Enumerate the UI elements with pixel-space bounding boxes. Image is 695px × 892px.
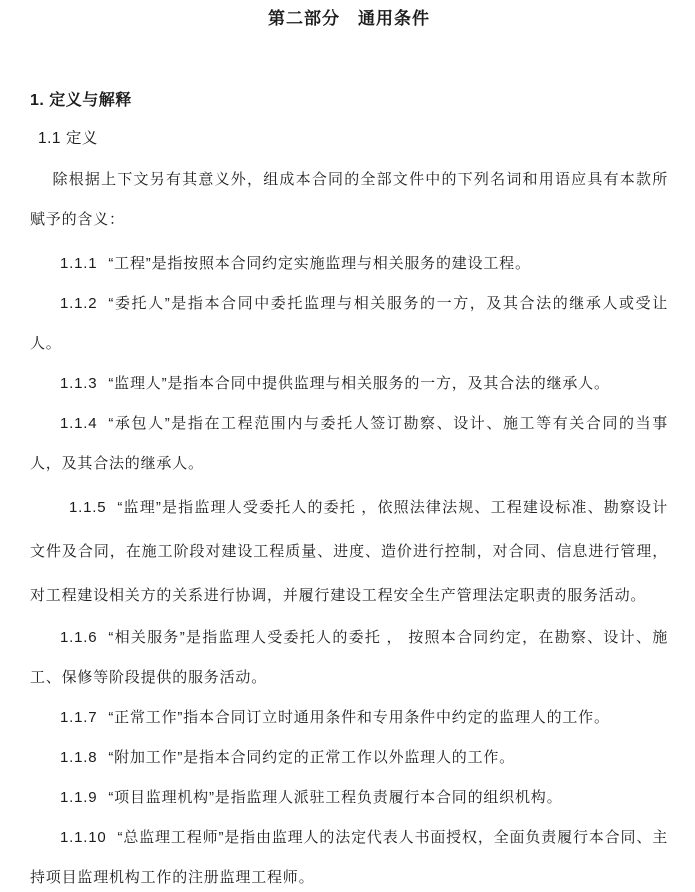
clause-item: 1.1.10“总监理工程师”是指由监理人的法定代表人书面授权，全面负责履行本合同…	[30, 818, 668, 892]
clause-item: 1.1.8“附加工作”是指本合同约定的正常工作以外监理人的工作。	[30, 738, 668, 778]
document-title: 第二部分 通用条件	[30, 8, 668, 30]
clause-text: “监理”是指监理人受委托人的委托 ，依照法律法规、工程建设标准、勘察设计文件及合…	[30, 499, 668, 604]
clause-text: “正常工作”指本合同订立时通用条件和专用条件中约定的监理人的工作。	[108, 709, 609, 726]
clause-number: 1.1.8	[60, 749, 97, 766]
clause-number: 1.1.9	[60, 789, 97, 806]
clause-item: 1.1.2“委托人”是指本合同中委托监理与相关服务的一方，及其合法的继承人或受让…	[30, 284, 668, 364]
clause-item: 1.1.1“工程”是指按照本合同约定实施监理与相关服务的建设工程。	[30, 244, 668, 284]
clause-item: 1.1.9“项目监理机构”是指监理人派驻工程负责履行本合同的组织机构。	[30, 778, 668, 818]
clause-item: 1.1.7“正常工作”指本合同订立时通用条件和专用条件中约定的监理人的工作。	[30, 698, 668, 738]
clause-item: 1.1.3“监理人”是指本合同中提供监理与相关服务的一方，及其合法的继承人。	[30, 364, 668, 404]
clause-number: 1.1.5	[69, 499, 106, 516]
clause-item: 1.1.6“相关服务”是指监理人受委托人的委托 ， 按照本合同约定，在勘察、设计…	[30, 618, 668, 698]
clause-item: 1.1.5“监理”是指监理人受委托人的委托 ，依照法律法规、工程建设标准、勘察设…	[30, 486, 668, 618]
section-heading: 1. 定义与解释	[30, 90, 668, 112]
clause-number: 1.1.7	[60, 709, 97, 726]
clause-text: “委托人”是指本合同中委托监理与相关服务的一方，及其合法的继承人或受让人。	[30, 295, 668, 352]
clause-number: 1.1.10	[60, 829, 107, 846]
clause-text: “监理人”是指本合同中提供监理与相关服务的一方，及其合法的继承人。	[108, 375, 609, 392]
clause-text: “项目监理机构”是指监理人派驻工程负责履行本合同的组织机构。	[108, 789, 562, 806]
clause-text: “相关服务”是指监理人受委托人的委托 ， 按照本合同约定，在勘察、设计、施工、保…	[30, 629, 668, 686]
document-page: 第二部分 通用条件 1. 定义与解释 1.1 定义 除根据上下文另有其意义外，组…	[0, 0, 695, 892]
clause-text: “总监理工程师”是指由监理人的法定代表人书面授权，全面负责履行本合同、主持项目监…	[30, 829, 668, 886]
intro-paragraph: 除根据上下文另有其意义外，组成本合同的全部文件中的下列名词和用语应具有本款所赋予…	[30, 160, 668, 240]
clause-number: 1.1.3	[60, 375, 97, 392]
clause-item: 1.1.4“承包人”是指在工程范围内与委托人签订勘察、设计、施工等有关合同的当事…	[30, 404, 668, 484]
clause-number: 1.1.4	[60, 415, 97, 432]
clause-number: 1.1.2	[60, 295, 97, 312]
clause-text: “承包人”是指在工程范围内与委托人签订勘察、设计、施工等有关合同的当事人，及其合…	[30, 415, 668, 472]
subsection-heading: 1.1 定义	[30, 128, 668, 150]
clause-number: 1.1.1	[60, 255, 97, 272]
clause-text: “工程”是指按照本合同约定实施监理与相关服务的建设工程。	[108, 255, 530, 272]
clause-text: “附加工作”是指本合同约定的正常工作以外监理人的工作。	[108, 749, 515, 766]
clause-number: 1.1.6	[60, 629, 97, 646]
